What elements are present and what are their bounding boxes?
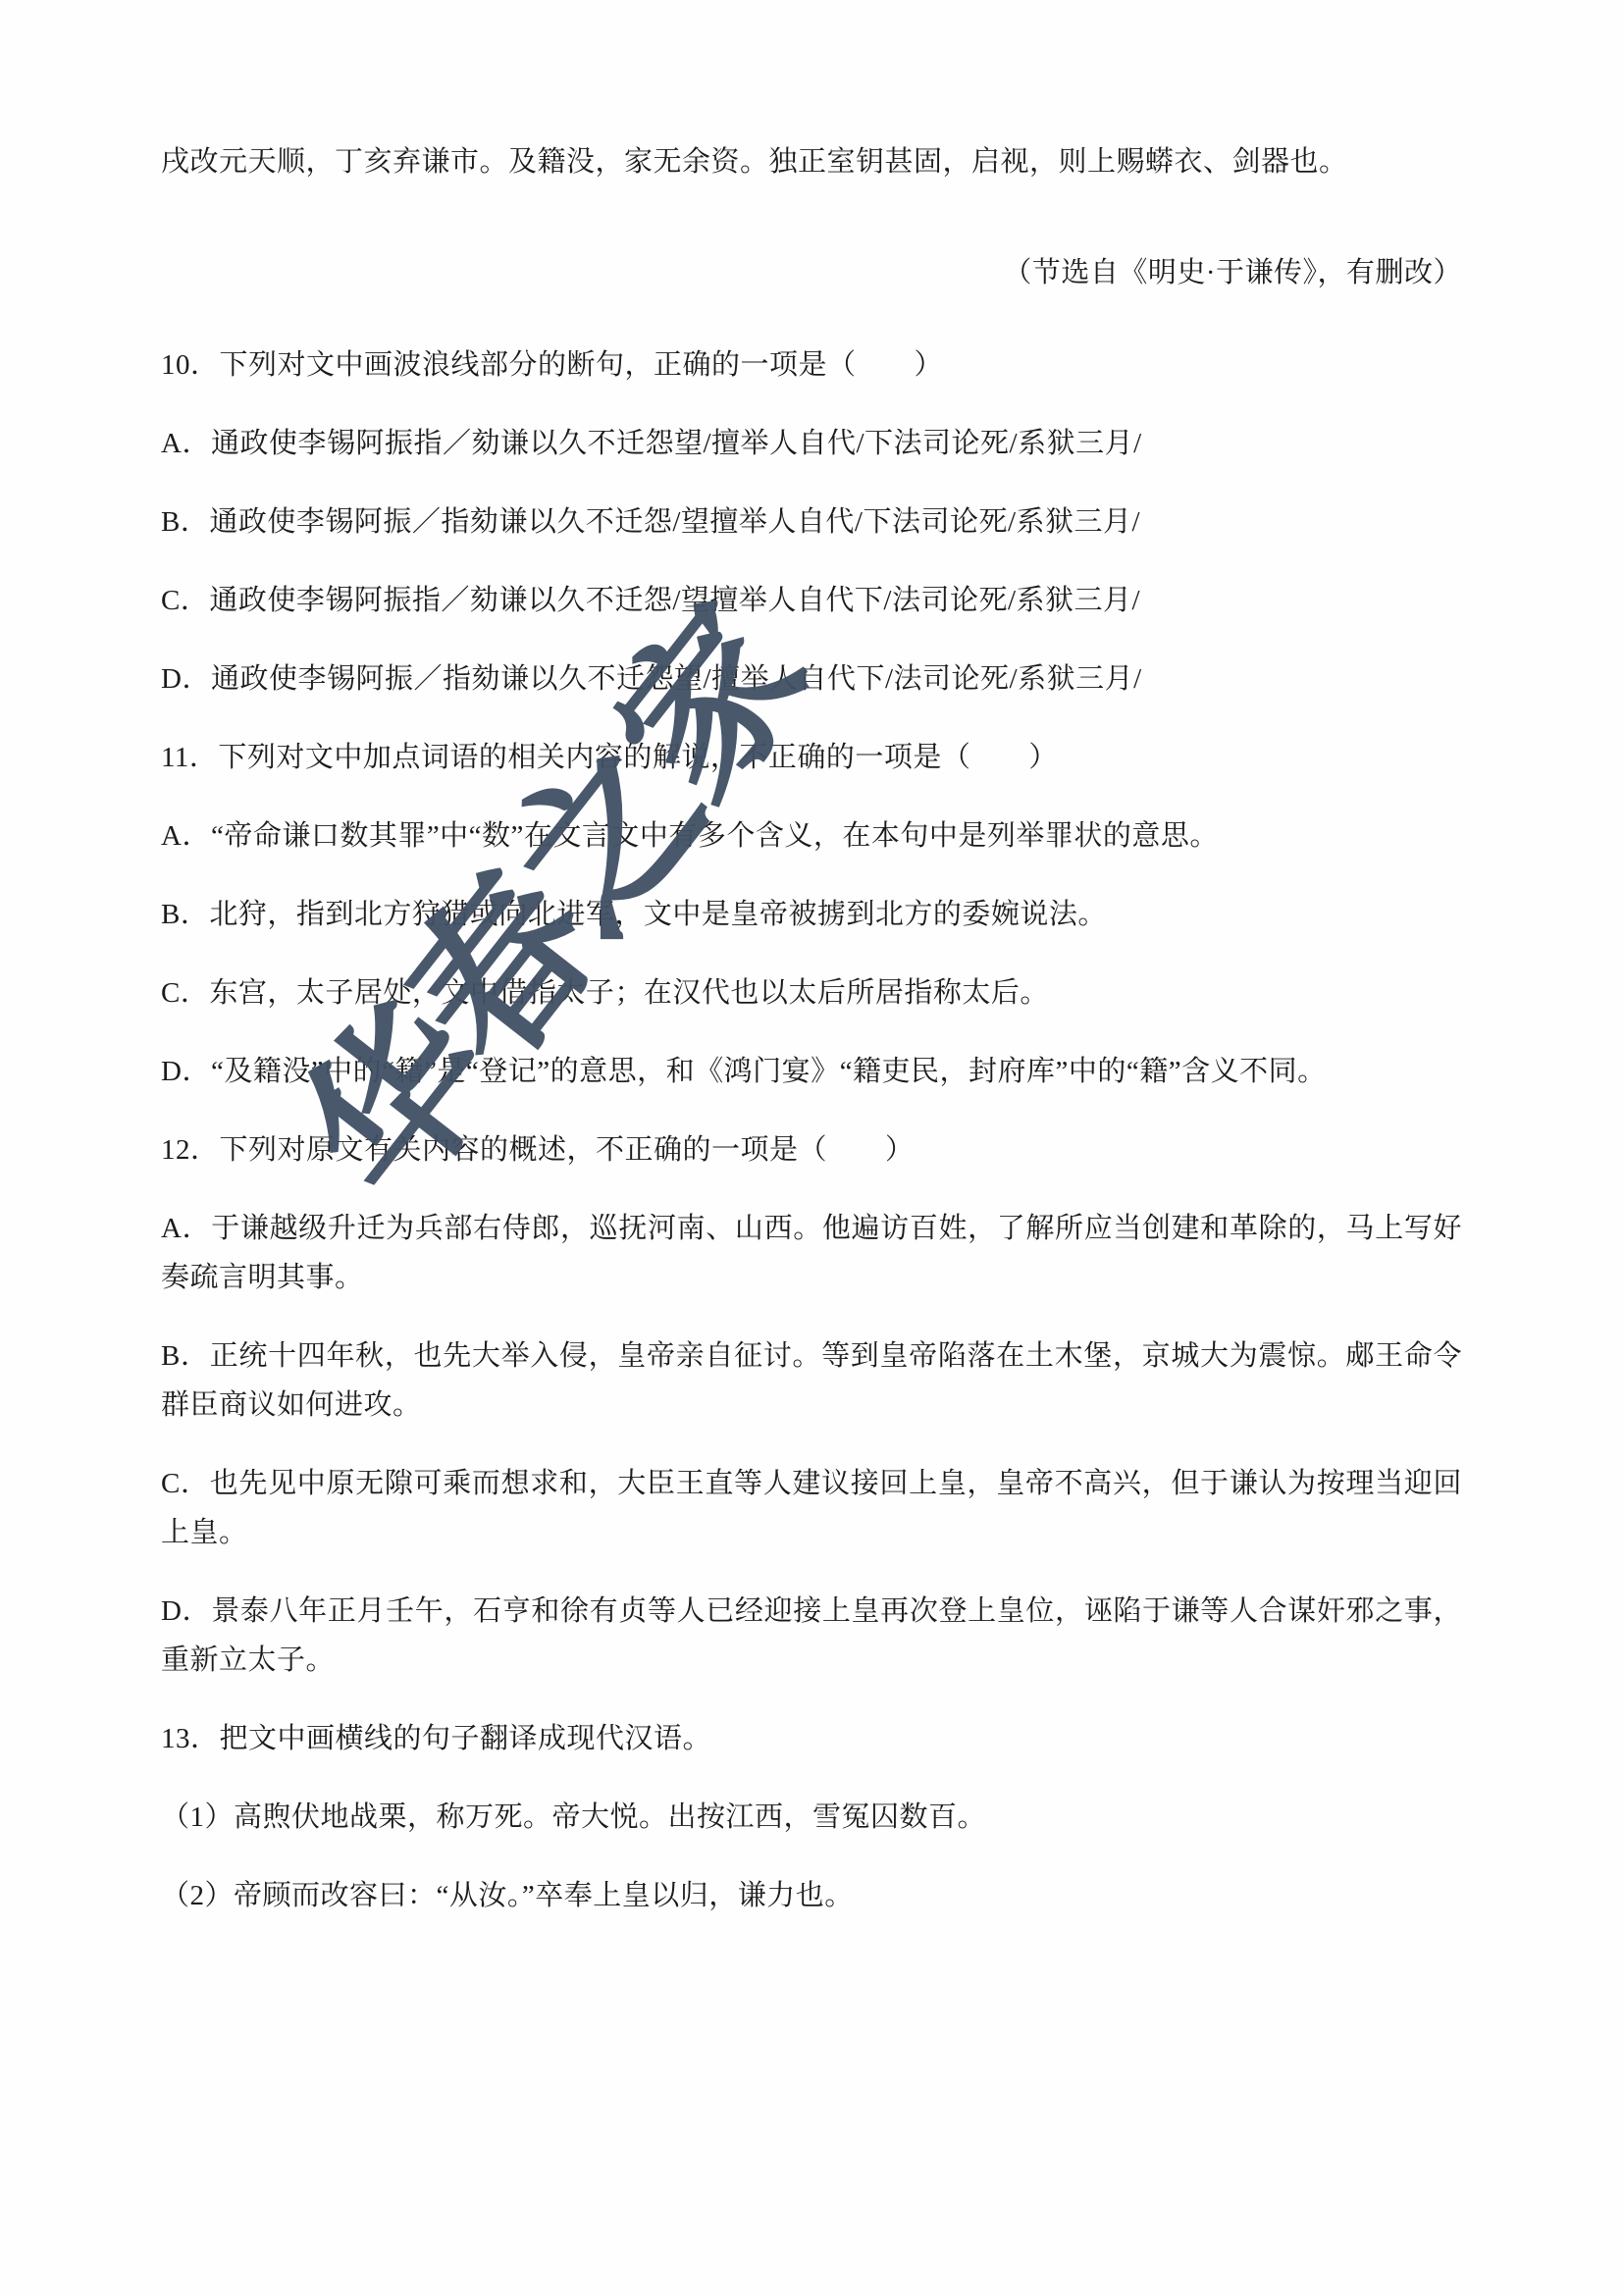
- question-10-option-a: A．通政使李锡阿振指／劾谦以久不迁怨望/擅举人自代/下法司论死/系狱三月/: [161, 419, 1462, 468]
- question-12-option-b: B．正统十四年秋，也先大举入侵，皇帝亲自征讨。等到皇帝陷落在土木堡，京城大为震惊…: [161, 1331, 1462, 1430]
- question-10-option-b: B．通政使李锡阿振／指劾谦以久不迁怨/望擅举人自代/下法司论死/系狱三月/: [161, 497, 1462, 547]
- question-13-translation-2: （2）帝顾而改容曰：“从汝。”卒奉上皇以归，谦力也。: [161, 1871, 1462, 1920]
- exam-page: 戌改元天顺，丁亥弃谦市。及籍没，家无余资。独正室钥甚固，启视，则上赐蟒衣、剑器也…: [0, 0, 1623, 2296]
- question-12: 12．下列对原文有关内容的概述，不正确的一项是（ ） A．于谦越级升迁为兵部右侍…: [161, 1125, 1462, 1685]
- question-10-option-c: C．通政使李锡阿振指／劾谦以久不迁怨/望擅举人自代下/法司论死/系狱三月/: [161, 576, 1462, 625]
- question-13-stem: 13．把文中画横线的句子翻译成现代汉语。: [161, 1714, 1462, 1763]
- question-11-stem: 11．下列对文中加点词语的相关内容的解说，不正确的一项是（ ）: [161, 733, 1462, 782]
- question-12-stem: 12．下列对原文有关内容的概述，不正确的一项是（ ）: [161, 1125, 1462, 1174]
- question-11: 11．下列对文中加点词语的相关内容的解说，不正确的一项是（ ） A．“帝命谦口数…: [161, 733, 1462, 1096]
- question-11-option-c: C．东宫，太子居处，文中借指太子；在汉代也以太后所居指称太后。: [161, 968, 1462, 1018]
- question-11-option-a: A．“帝命谦口数其罪”中“数”在文言文中有多个含义，在本句中是列举罪状的意思。: [161, 811, 1462, 861]
- question-10-option-d: D．通政使李锡阿振／指劾谦以久不迁怨望/擅举人自代下/法司论死/系狱三月/: [161, 654, 1462, 704]
- question-13-translation-1: （1）高煦伏地战栗，称万死。帝大悦。出按江西，雪冤囚数百。: [161, 1793, 1462, 1842]
- question-13: 13．把文中画横线的句子翻译成现代汉语。 （1）高煦伏地战栗，称万死。帝大悦。出…: [161, 1714, 1462, 1920]
- passage-attribution: （节选自《明史·于谦传》，有删改）: [161, 248, 1462, 297]
- question-12-option-d: D．景泰八年正月壬午，石亨和徐有贞等人已经迎接上皇再次登上皇位，诬陷于谦等人合谋…: [161, 1587, 1462, 1685]
- question-10-stem: 10．下列对文中画波浪线部分的断句，正确的一项是（ ）: [161, 340, 1462, 390]
- question-10: 10．下列对文中画波浪线部分的断句，正确的一项是（ ） A．通政使李锡阿振指／劾…: [161, 340, 1462, 704]
- question-11-option-d: D．“及籍没”中的“籍”是“登记”的意思，和《鸿门宴》“籍吏民，封府库”中的“籍…: [161, 1047, 1462, 1096]
- question-11-option-b: B．北狩，指到北方狩猎或向北进军，文中是皇帝被掳到北方的委婉说法。: [161, 890, 1462, 939]
- passage-text: 戌改元天顺，丁亥弃谦市。及籍没，家无余资。独正室钥甚固，启视，则上赐蟒衣、剑器也…: [161, 137, 1462, 186]
- question-12-option-a: A．于谦越级升迁为兵部右侍郎，巡抚河南、山西。他遍访百姓，了解所应当创建和革除的…: [161, 1204, 1462, 1302]
- question-12-option-c: C．也先见中原无隙可乘而想求和，大臣王直等人建议接回上皇，皇帝不高兴，但于谦认为…: [161, 1459, 1462, 1557]
